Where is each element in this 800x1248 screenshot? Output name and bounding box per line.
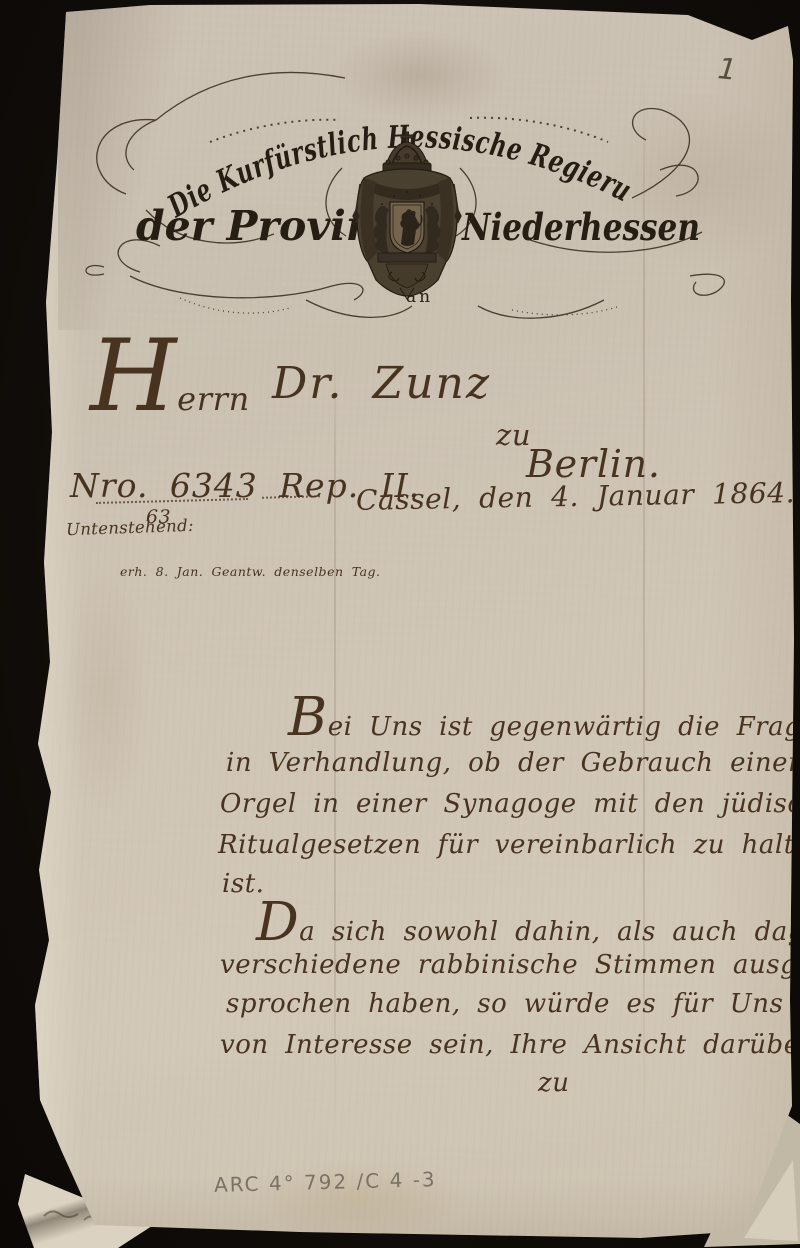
letterhead-province-right: Niederhessen bbox=[461, 205, 700, 249]
printed-letterhead: Die Kurfürstlich Hessische Regierung der… bbox=[60, 48, 740, 328]
body-line: sprochen haben, so würde es für Uns bbox=[226, 989, 783, 1019]
scanned-letter-page: Die Kurfürstlich Hessische Regierung der… bbox=[0, 0, 800, 1248]
body-line: Bei Uns ist gegenwärtig die Frage bbox=[288, 700, 800, 742]
folio-number: 1 bbox=[716, 51, 738, 87]
body-line: Ritualgesetzen für vereinbarlich zu halt… bbox=[218, 830, 800, 860]
letterhead-title-arc: Die Kurfürstlich Hessische Regierung bbox=[60, 48, 637, 225]
body-line: von Interesse sein, Ihre Ansicht darüber bbox=[220, 1030, 800, 1060]
body-line: Orgel in einer Synagoge mit den jüdische… bbox=[220, 789, 800, 819]
pedestal bbox=[378, 253, 436, 262]
body-line: in Verhandlung, ob der Gebrauch einer bbox=[226, 748, 800, 778]
recipient-name: Dr. Zunz bbox=[272, 358, 491, 409]
letter-paper: Die Kurfürstlich Hessische Regierung der… bbox=[0, 0, 800, 1248]
body-line: verschiedene rabbinische Stimmen ausge- bbox=[220, 950, 800, 980]
recipient-title: Herrn bbox=[90, 350, 250, 418]
docket-side-note: Untenstehend: bbox=[66, 516, 194, 539]
docket-receipt-note: erh. 8. Jan. Geantw. denselben Tag. bbox=[120, 564, 381, 579]
body-line: Da sich sowohl dahin, als auch dagegen bbox=[256, 905, 800, 947]
body-line: zu bbox=[538, 1068, 569, 1098]
